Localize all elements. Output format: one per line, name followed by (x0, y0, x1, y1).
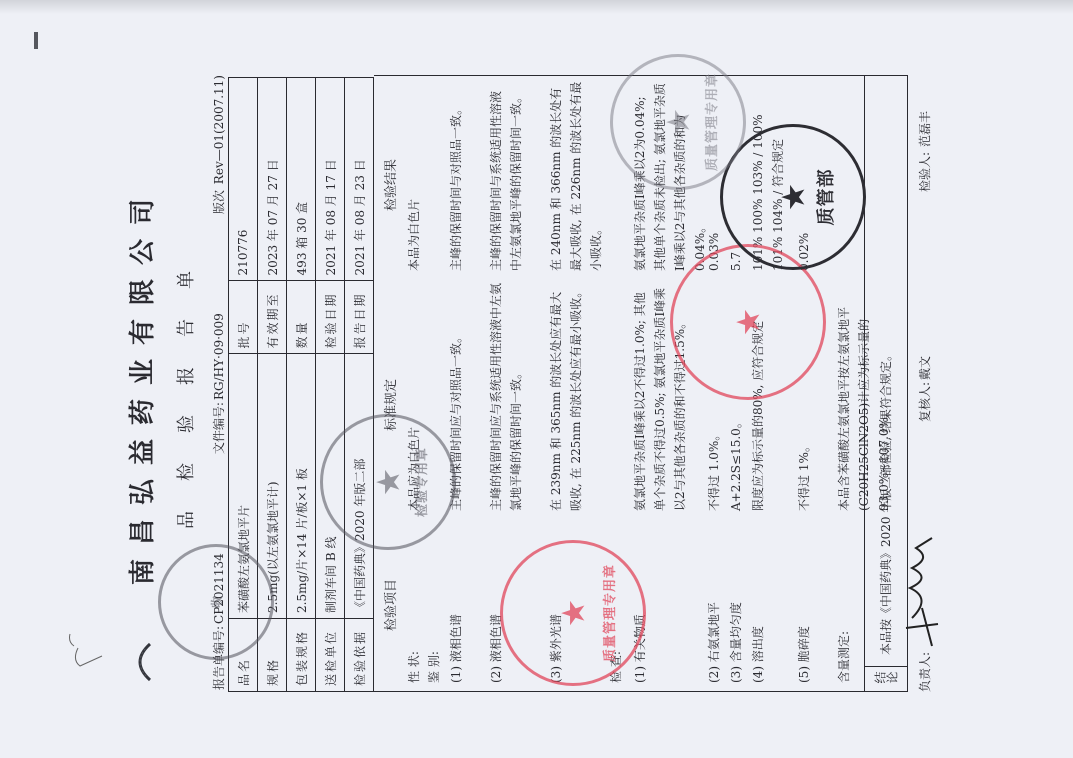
star-icon: ★ (732, 309, 765, 334)
quality-dept-stamp: ★ 质管部 (720, 124, 866, 270)
star-icon: ★ (662, 109, 695, 134)
reviewer-label: 复核人: (916, 382, 933, 422)
star-icon: ★ (777, 184, 810, 209)
report-date: 2021 年 08 月 23 日 (345, 78, 374, 281)
inspection-date: 2021 年 08 月 17 日 (316, 78, 345, 281)
test-result: 主峰的保留时间与系统适用性溶液中左氨氯地平峰的保留时间一致。 (486, 81, 526, 271)
column-header-result: 检验结果 (380, 159, 399, 211)
test-item: (5) 脆碎度 (794, 533, 814, 683)
table-row: 包装规格 2.5mg/片×14 片/板×1 板 数量 493 箱 30 盒 (287, 78, 316, 692)
test-item: (2) 右氨氯地平 (704, 533, 724, 683)
star-icon: ★ (372, 469, 405, 494)
test-item: 性 状: (404, 533, 424, 683)
pen-mark (66, 630, 108, 672)
table-row: 送检单位 制剂车间 B 线 检验日期 2021 年 08 月 17 日 (316, 78, 345, 692)
company-name: 南昌弘益药业有限公司 (122, 70, 159, 700)
file-number: RG/HY·09·009 (212, 313, 226, 400)
test-result: 在 240nm 和 366nm 的波长处有最大吸收, 在 226nm 的波长处有… (546, 81, 606, 271)
version: Rev—01(2007.11) (212, 75, 226, 184)
reviewer-name: 戴文 (916, 356, 933, 380)
test-item: 鉴 别: (424, 533, 444, 683)
test-standard: 在 239nm 和 365nm 的波长处应有最大吸收, 在 225nm 的波长处… (546, 281, 586, 511)
quality-mgmt-stamp-gray: ★ 质量管理专用章 (610, 54, 746, 190)
star-icon: ★ (557, 600, 590, 625)
test-item: (4) 溶出度 (748, 533, 768, 683)
column-header-item: 检验项目 (380, 579, 399, 631)
package-spec: 2.5mg/片×14 片/板×1 板 (287, 354, 316, 619)
inspection-report: 南昌弘益药业有限公司 品检验报告单 报告单编号:CP2021134 文件编号:R… (110, 70, 990, 700)
test-item: (1) 液相色谱 (446, 533, 466, 683)
received-stamp: 收 (158, 544, 274, 660)
scan-edge (0, 0, 1073, 14)
test-item: 含量测定: (834, 533, 854, 683)
inspector-name: 范磊丰 (916, 111, 933, 147)
signature-scribble (902, 528, 942, 648)
quality-mgmt-stamp-red: ★ 质量管理专用章 (500, 540, 646, 686)
test-item: (3) 含量均匀度 (726, 533, 746, 683)
responsible-label: 负责人: (916, 652, 933, 692)
staple-mark (34, 32, 38, 49)
inspection-stamp: ★ 检验专用章 (320, 414, 456, 550)
test-result: 本品为白色片 (404, 81, 424, 271)
inspector-label: 检验人: (916, 152, 933, 192)
test-result: 主峰的保留时间与对照品一致。 (446, 81, 466, 271)
table-row: 检验依据 《中国药典》2020 年版二部 报告日期 2021 年 08 月 23… (345, 78, 374, 692)
conclusion-text: 本品按《中国药典》2020 年版二部检验, 结果符合规定。 (877, 349, 894, 655)
expiry-date: 2023 年 07 月 27 日 (258, 78, 287, 281)
batch-number: 210776 (229, 78, 258, 281)
test-standard: 主峰的保留时间应与系统适用性溶液中左氨氯地平峰的保留时间一致。 (486, 281, 526, 511)
conclusion-label: 结论 (865, 666, 907, 691)
quantity: 493 箱 30 盒 (287, 78, 316, 281)
